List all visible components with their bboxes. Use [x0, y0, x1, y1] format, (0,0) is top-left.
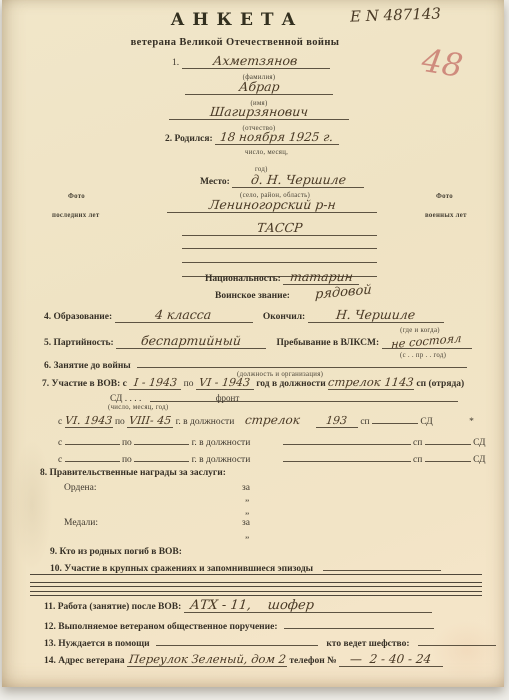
medals-za: за	[242, 518, 250, 528]
war-row3-po: по	[122, 438, 132, 448]
needs-help-label: 13. Нуждается в помощи	[44, 639, 150, 649]
needs-help-line	[156, 637, 318, 646]
war-to-line-1: VI - 1943	[196, 377, 254, 390]
item1-number: 1.	[172, 58, 179, 68]
graduated-caption: (где и когда)	[352, 327, 488, 334]
address-value: Переулок Зеленый, дом 2	[128, 654, 286, 666]
ditto-mark: ”	[245, 536, 249, 546]
photo-left-label-1: Фото	[68, 193, 85, 200]
war-from-line-1: I - 1943	[129, 377, 181, 390]
birthplace-label: Место:	[200, 177, 230, 187]
republic-line: ТАССР	[182, 222, 377, 236]
komsomol-line: не состоял	[382, 336, 472, 349]
medals-label: Медали:	[64, 518, 98, 528]
war-row4-po: по	[122, 455, 132, 465]
war-row2-star: *	[469, 417, 474, 427]
party-line: беспартийный	[116, 335, 266, 349]
war-row3-mid: г. в должности	[192, 438, 251, 448]
war-row2-po: по	[115, 417, 125, 427]
rank-label: Воинское звание:	[215, 291, 290, 301]
war-row4-to-line	[134, 453, 189, 462]
war-row4-from-line	[65, 453, 120, 462]
rank-value: рядовой	[315, 283, 372, 301]
district-line: Лениногорский р-н	[167, 199, 377, 213]
education-line: 4 класса	[115, 309, 253, 323]
war-row2-sp: сп	[360, 417, 369, 427]
handwritten-serial-number: Е N 487143	[350, 4, 441, 25]
phone-value: — 2 - 40 - 24	[350, 653, 432, 665]
education-value: 4 класса	[155, 309, 213, 322]
war-row3-from-line	[65, 436, 120, 445]
party-value: беспартийный	[140, 335, 241, 348]
war-row2-s: с	[58, 417, 62, 427]
battles-line	[323, 562, 441, 571]
phone-line: — 2 - 40 - 24	[339, 653, 443, 667]
war-row4-sd-line	[425, 453, 471, 462]
war-row4-s: с	[58, 455, 62, 465]
war-row3-sd: СД	[473, 438, 485, 448]
war-row2-position: стрелок	[244, 414, 300, 426]
war-row2-from: VI. 1943	[64, 415, 112, 426]
war-date-caption: (число, месяц, год)	[108, 404, 168, 411]
photo-left-label-2: последних лет	[52, 212, 100, 219]
war-row4-sp: сп	[413, 455, 422, 465]
war-row3-unit-line	[283, 436, 411, 445]
orders-za: за	[242, 483, 250, 493]
war-sd-label: СД . . . .	[110, 394, 141, 404]
komsomol-label: Пребывание в ВЛКСМ:	[276, 338, 379, 348]
republic-value: ТАССР	[256, 222, 303, 235]
birthdate-line: 18 ноября 1925 г.	[215, 131, 339, 145]
orders-label: Ордена:	[64, 483, 96, 493]
public-duty-line	[284, 620, 434, 629]
firstname-value: Абрар	[238, 81, 280, 94]
war-row3-sp: сп	[413, 438, 422, 448]
address-label: 14. Адрес ветерана	[44, 656, 125, 666]
nationality-line: татарин	[283, 271, 359, 285]
district-value: Лениногорский р-н	[208, 199, 336, 212]
surname-line: Ахметзянов	[182, 55, 330, 69]
nationality-value: татарин	[289, 271, 353, 284]
party-label: 5. Партийность:	[44, 338, 114, 348]
separator-double-line	[30, 582, 482, 587]
war-participation-label: 7. Участие в ВОВ: с	[42, 379, 127, 389]
scanned-document-background: { "doc": { "title": "АНКЕТА", "subtitle"…	[0, 0, 509, 700]
patronymic-value: Шагирзянович	[209, 106, 308, 119]
postwar-work-value: АТХ - 11, шофер	[189, 599, 314, 612]
postwar-work-line: АТХ - 11, шофер	[184, 599, 432, 613]
war-position-line-1: стрелок 1143	[328, 377, 414, 390]
war-front-line: фронт	[150, 393, 458, 402]
surname-value: Ахметзянов	[213, 55, 299, 68]
nationality-label: Национальность:	[205, 274, 281, 284]
paper-stain	[432, 620, 502, 680]
public-duty-label: 12. Выполняемое ветераном общественное п…	[44, 622, 278, 632]
war-row4-sd: СД	[473, 455, 485, 465]
prewar-occupation-line	[137, 359, 467, 368]
phone-label: телефон №	[289, 656, 336, 666]
postwar-work-label: 11. Работа (занятие) после ВОВ:	[44, 602, 181, 612]
battles-label: 10. Участие в крупных сражениях и запомн…	[50, 564, 313, 574]
war-row3-to-line	[134, 436, 189, 445]
war-row2-to: VIII- 45	[129, 415, 172, 426]
education-label: 4. Образование:	[44, 312, 112, 322]
relatives-lost-label: 9. Кто из родных погиб в ВОВ:	[50, 547, 182, 557]
patronage-label: кто ведет шефство:	[326, 639, 409, 649]
birthdate-label: 2. Родился:	[165, 134, 213, 144]
photo-right-label-2: военных лет	[425, 212, 467, 219]
war-po-1: по	[184, 379, 194, 389]
graduated-line: Н. Чершиле	[308, 309, 444, 323]
writing-line	[30, 574, 482, 575]
paper-stain	[12, 440, 52, 570]
war-row2-unit-line: 193	[316, 415, 358, 428]
blank-line	[182, 240, 377, 249]
war-row4-unit-line	[283, 453, 411, 462]
firstname-line: Абрар	[185, 81, 333, 95]
questionnaire-page: АНКЕТА Е N 487143 48 ветерана Великой От…	[2, 0, 504, 687]
war-position-1: стрелок 1143	[328, 377, 415, 389]
war-row2-sd: СД	[420, 417, 432, 427]
birthdate-caption-1: число, месяц,	[245, 149, 288, 156]
komsomol-value: не состоял	[391, 333, 462, 351]
birthdate-value: 18 ноября 1925 г.	[220, 131, 334, 143]
war-row3-sd-line	[425, 436, 471, 445]
photo-right-label-1: Фото	[436, 193, 453, 200]
form-subtitle: ветерана Великой Отечественной войны	[131, 37, 340, 48]
awards-label: 8. Правительственные награды за заслуги:	[40, 468, 226, 478]
ditto-mark: ”	[245, 499, 249, 509]
graduated-label: Окончил:	[263, 312, 305, 322]
blank-line	[182, 254, 377, 263]
war-row2-sd-line	[372, 415, 418, 424]
war-tail-1: сп (отряда)	[416, 379, 464, 389]
war-row2-mid: г. в должности	[176, 417, 235, 427]
patronage-line	[418, 637, 496, 646]
graduated-value: Н. Чершиле	[335, 309, 415, 322]
war-row4-mid: г. в должности	[192, 455, 251, 465]
patronymic-line: Шагирзянович	[169, 106, 349, 120]
separator-double-line	[30, 591, 482, 596]
war-mid-1: год в должности	[256, 379, 325, 389]
war-from-1: I - 1943	[133, 377, 177, 388]
address-line: Переулок Зеленый, дом 2	[127, 654, 287, 667]
komsomol-caption: (с . . пр . . год)	[400, 352, 446, 359]
war-to-1: VI - 1943	[199, 377, 251, 388]
war-front-label: фронт	[216, 393, 240, 403]
birthplace-value: д. Н. Чершиле	[250, 174, 346, 187]
prewar-occupation-label: 6. Занятие до войны	[44, 361, 131, 371]
war-row2-from-line: VI. 1943	[65, 415, 113, 428]
war-row2-unit: 193	[326, 415, 348, 426]
birthplace-line: д. Н. Чершиле	[232, 174, 364, 188]
war-row3-s: с	[58, 438, 62, 448]
war-row2-to-line: VIII- 45	[127, 415, 173, 428]
form-title: АНКЕТА	[171, 10, 304, 30]
